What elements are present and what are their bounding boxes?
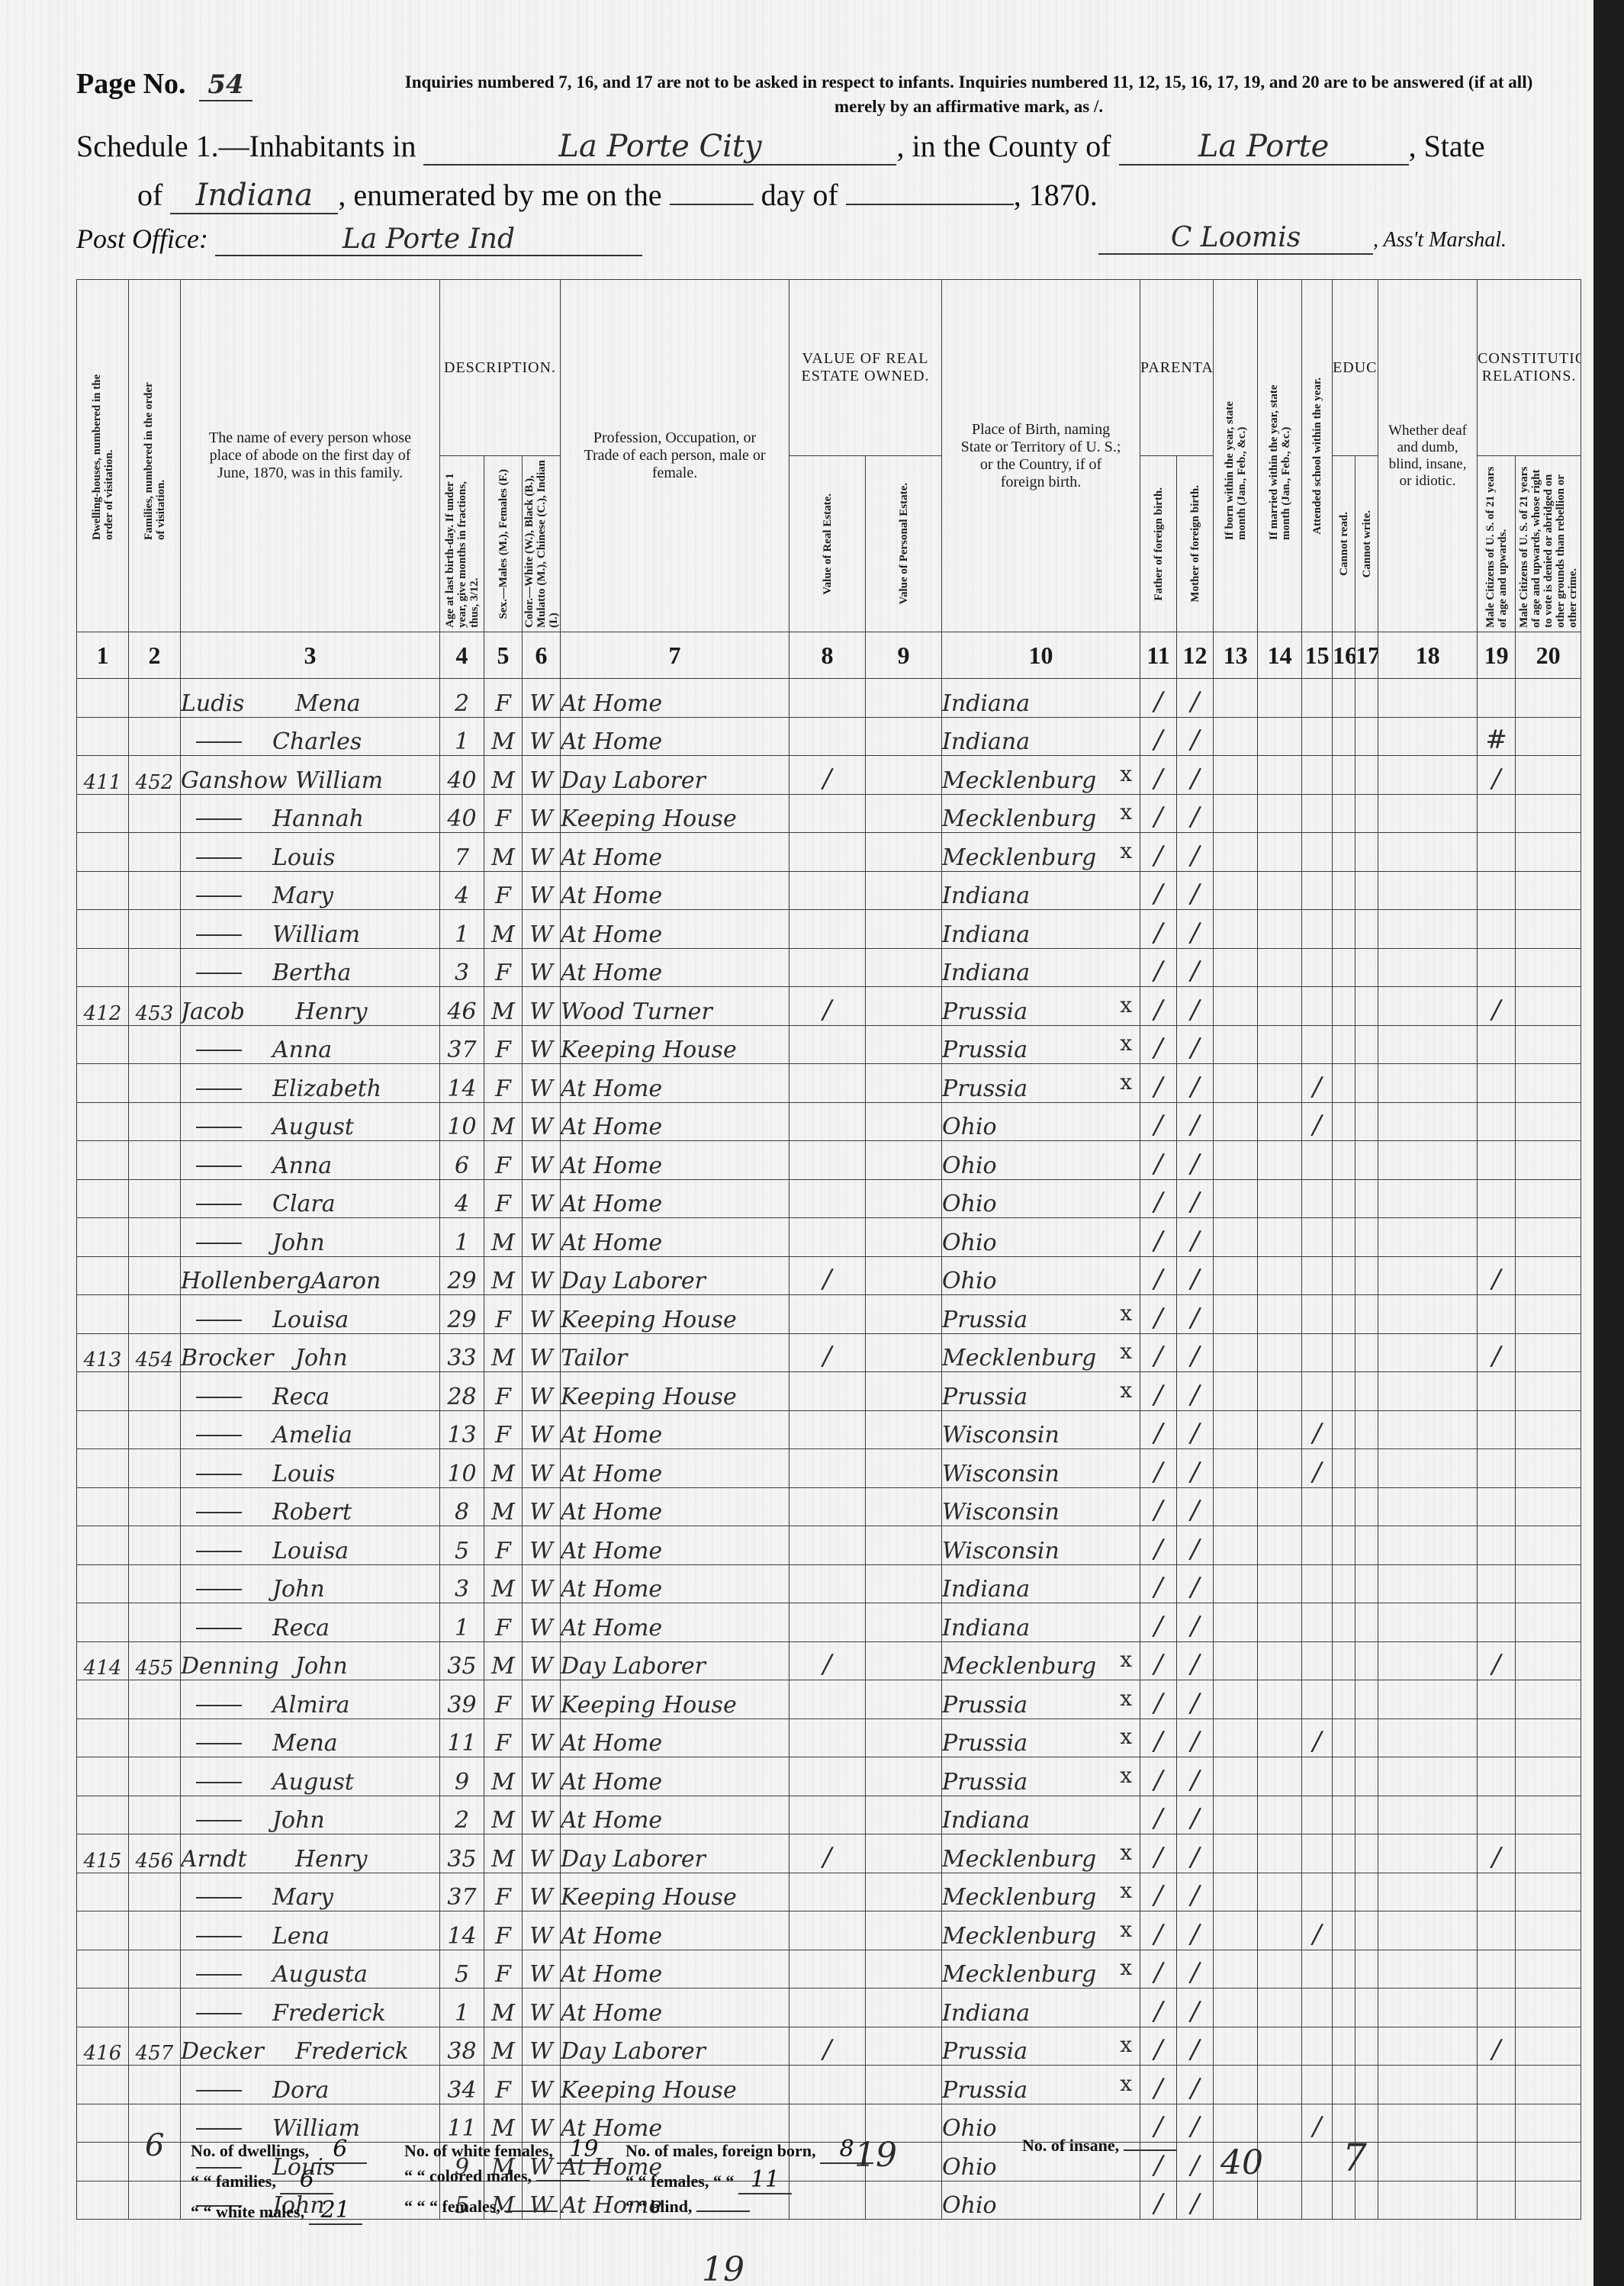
birthplace: Prussiax [942,2066,1140,2104]
dwelling-number [77,1950,129,1989]
personal-estate-value [866,1449,942,1488]
surname [196,1628,242,1629]
personal-estate-value [866,1102,942,1141]
father-foreign-mark: / [1140,1141,1177,1180]
given-name: Elizabeth [272,1075,381,1102]
occupation: Keeping House [561,2066,789,2104]
birthplace-text: Mecklenburg [942,1345,1096,1371]
surname: Decker [181,2038,295,2065]
marshal-label: , Ass't Marshal. [1373,228,1507,252]
vote-denied: 4 [1516,794,1581,833]
disability [1378,1141,1478,1180]
father-foreign-mark: / [1140,948,1177,987]
dwelling-number [77,679,129,718]
foreign-birth-mark: x [1120,1647,1132,1672]
born-month [1214,987,1258,1026]
mother-foreign-mark: / [1177,1295,1214,1334]
disability [1378,756,1478,795]
dwelling-number [77,1719,129,1757]
given-name: John [295,1345,348,1371]
dwelling-number [77,1218,129,1257]
birthplace-text: Indiana [942,728,1030,755]
sex: M [484,1487,523,1526]
school-mark [1302,1603,1333,1642]
born-month [1214,794,1258,833]
cannot-read [1333,2027,1355,2066]
table-row: Hannah40FWKeeping HouseMecklenburgx//4 [77,794,1581,833]
person-name: Hannah [181,794,440,833]
disability [1378,794,1478,833]
foreign-birth-mark: x [1120,1069,1132,1095]
dwelling-number [77,910,129,949]
col-number: 13 [1214,632,1258,679]
occupation: Keeping House [561,1025,789,1064]
disability [1378,1989,1478,2027]
cannot-read [1333,1487,1355,1526]
cannot-write [1355,2027,1378,2066]
table-row: John2MWAt HomeIndiana//30 [77,1796,1581,1834]
school-mark [1302,679,1333,718]
dwelling-number [77,1911,129,1950]
county-field: La Porte [1119,129,1409,166]
sex: M [484,1256,523,1295]
family-number [129,1757,181,1796]
sex: F [484,1911,523,1950]
personal-estate-value [866,1372,942,1411]
disability [1378,2066,1478,2104]
foreign-birth-mark: x [1120,1339,1132,1364]
mother-foreign-mark: / [1177,1256,1214,1295]
col-age-header: Age at last birth-day. If under 1 year, … [440,456,484,632]
personal-estate-value [866,1218,942,1257]
mother-foreign-mark: / [1177,833,1214,872]
surname [196,1743,242,1744]
given-name: Anna [272,1037,332,1063]
born-month [1214,1179,1258,1218]
mother-foreign-mark: / [1177,1372,1214,1411]
cannot-write [1355,2066,1378,2104]
white-males-summary: “ “ white males, 21 [191,2197,362,2225]
personal-estate-value [866,1757,942,1796]
cannot-read [1333,1796,1355,1834]
given-name: William [295,767,383,794]
dwelling-number: 413 [77,1333,129,1372]
personal-estate-value [866,1564,942,1603]
occupation: Day Laborer [561,1834,789,1873]
foreign-birth-mark: x [1120,761,1132,786]
birthplace-text: Mecklenburg [942,844,1096,871]
mother-foreign-mark: / [1177,1796,1214,1834]
married-month [1258,833,1302,872]
col-number: 1 [77,632,129,679]
sex: M [484,756,523,795]
scan-edge [1593,0,1624,2286]
age: 46 [440,987,484,1026]
surname [196,973,242,974]
education-group-header: EDUCATION. [1333,280,1378,456]
birthplace: Mecklenburgx [942,1641,1140,1680]
birthplace: Wisconsin [942,1526,1140,1565]
personal-estate-value [866,1333,942,1372]
cannot-read [1333,871,1355,910]
dwelling-number: 416 [77,2027,129,2066]
tally-mark: 40 [1220,2143,1263,2182]
birthplace: Prussiax [942,1295,1140,1334]
person-name: Louisa [181,1295,440,1334]
sex: M [484,1449,523,1488]
vote-denied: 22 [1516,1487,1581,1526]
color: W [523,948,561,987]
cannot-read [1333,1911,1355,1950]
birthplace-text: Wisconsin [942,1538,1060,1564]
table-row: 413454BrockerJohn33MWTailor/Mecklenburgx… [77,1333,1581,1372]
born-month [1214,1487,1258,1526]
family-number: 455 [129,1641,181,1680]
school-mark [1302,1680,1333,1719]
family-number [129,1526,181,1565]
table-row: Louisa29FWKeeping HousePrussiax//17 [77,1295,1581,1334]
father-foreign-mark: / [1140,1950,1177,1989]
personal-estate-value [866,2027,942,2066]
census-page: Page No. 54 Inquiries numbered 7, 16, an… [0,0,1624,2286]
table-row: Reca1FWAt HomeIndiana//25 [77,1603,1581,1642]
family-number: 456 [129,1834,181,1873]
table-row: Augusta5FWAt HomeMecklenburgx//34 [77,1950,1581,1989]
vote-denied: 9 [1516,987,1581,1026]
surname [196,1204,242,1205]
personal-estate-value [866,1487,942,1526]
birthplace: Mecklenburgx [942,833,1140,872]
vote-denied: 16 [1516,1256,1581,1295]
surname [196,1088,242,1090]
vote-denied: 35 [1516,1989,1581,2027]
sex: F [484,948,523,987]
col-family-header: Families, numbered in the order of visit… [129,280,181,632]
vote-denied: 12 [1516,1102,1581,1141]
age: 2 [440,1796,484,1834]
enumerated-label: , enumerated by me on the [338,178,661,212]
personal-estate-value [866,1295,942,1334]
person-name: John [181,1796,440,1834]
given-name: August [272,1769,354,1796]
dwelling-number [77,1873,129,1911]
real-estate-value [789,679,866,718]
family-number: 457 [129,2027,181,2066]
citizen-mark [1478,1218,1516,1257]
age: 3 [440,1564,484,1603]
school-mark [1302,1256,1333,1295]
col-number: 8 [789,632,866,679]
color: W [523,794,561,833]
real-estate-value [789,1526,866,1565]
school-mark [1302,1179,1333,1218]
birthplace-text: Prussia [942,1307,1027,1333]
born-month [1214,1218,1258,1257]
county-label: , in the County of [896,129,1111,163]
married-month [1258,1757,1302,1796]
cannot-write [1355,1526,1378,1565]
dwelling-number [77,717,129,756]
birthplace-text: Wisconsin [942,1461,1060,1487]
real-estate-value [789,1564,866,1603]
personal-estate-value [866,717,942,756]
given-name: Robert [272,1499,352,1526]
given-name: Henry [295,998,368,1025]
disability [1378,1372,1478,1411]
birthplace-text: Prussia [942,1037,1027,1063]
col-school-header: Attended school within the year. [1302,280,1333,632]
married-month [1258,1564,1302,1603]
age: 9 [440,1757,484,1796]
foreign-birth-mark: x [1120,1724,1132,1749]
born-month [1214,1372,1258,1411]
sex: M [484,717,523,756]
constitutional-group-header: CONSTITUTIONAL RELATIONS. [1478,280,1581,456]
occupation: At Home [561,679,789,718]
real-estate-value [789,910,866,949]
age: 6 [440,1141,484,1180]
foreign-birth-mark: x [1120,1030,1132,1056]
cannot-write [1355,1834,1378,1873]
real-estate-group-header: VALUE OF REAL ESTATE OWNED. [789,280,942,456]
occupation: Keeping House [561,1372,789,1411]
foreign-birth-mark: x [1120,2032,1132,2057]
cannot-read [1333,1757,1355,1796]
color: W [523,1911,561,1950]
occupation: At Home [561,1757,789,1796]
surname [196,1166,242,1167]
cannot-write [1355,1141,1378,1180]
disability [1378,1487,1478,1526]
age: 3 [440,948,484,987]
personal-estate-value [866,1719,942,1757]
cannot-read [1333,1179,1355,1218]
table-row: John1MWAt HomeOhio//15 [77,1218,1581,1257]
given-name: John [272,1230,325,1256]
citizen-mark [1478,1141,1516,1180]
sex: M [484,1757,523,1796]
mother-foreign-mark: / [1177,1950,1214,1989]
cannot-write [1355,1564,1378,1603]
cannot-read [1333,1873,1355,1911]
occupation: At Home [561,1564,789,1603]
birthplace-text: Prussia [942,998,1027,1025]
cannot-write [1355,1911,1378,1950]
occupation: At Home [561,1218,789,1257]
cannot-read [1333,679,1355,718]
dwelling-number [77,1487,129,1526]
surname [196,1243,242,1244]
color: W [523,1834,561,1873]
disability [1378,1333,1478,1372]
given-name: Anna [272,1153,332,1179]
census-table: Dwelling-houses, numbered in the order o… [76,279,1581,2220]
table-row: Louis7MWAt HomeMecklenburgx//5 [77,833,1581,872]
post-office-field: La Porte Ind [215,223,642,256]
cannot-read [1333,1295,1355,1334]
married-month [1258,1487,1302,1526]
given-name: Amelia [272,1422,352,1448]
person-name: ArndtHenry [181,1834,440,1873]
cannot-write [1355,1256,1378,1295]
vote-denied: 3 [1516,756,1581,795]
father-foreign-mark: / [1140,1449,1177,1488]
born-month [1214,1025,1258,1064]
state-line: of Indiana, enumerated by me on the day … [137,177,1098,214]
mother-foreign-mark: / [1177,1680,1214,1719]
vote-denied: 10 [1516,1025,1581,1064]
mother-foreign-mark: / [1177,1911,1214,1950]
mother-foreign-mark: / [1177,2027,1214,2066]
surname [196,1974,242,1976]
real-estate-value [789,1719,866,1757]
occupation: Tailor [561,1333,789,1372]
married-month [1258,2027,1302,2066]
cannot-write [1355,1641,1378,1680]
table-row: 414455DenningJohn35MWDay Laborer/Mecklen… [77,1641,1581,1680]
father-foreign-mark: / [1140,1025,1177,1064]
age: 38 [440,2027,484,2066]
color: W [523,1873,561,1911]
table-row: HollenbergAaron29MWDay Laborer/Ohio///16 [77,1256,1581,1295]
family-number: 452 [129,756,181,795]
person-name: Clara [181,1179,440,1218]
table-row: Dora34FWKeeping HousePrussiax//37 [77,2066,1581,2104]
foreign-females-count: 11 [738,2166,792,2194]
real-estate-value [789,1757,866,1796]
dwelling-number: 414 [77,1641,129,1680]
description-group-header: DESCRIPTION. [440,280,561,456]
father-foreign-mark: / [1140,1526,1177,1565]
mother-foreign-mark: / [1177,1719,1214,1757]
real-estate-value: / [789,1256,866,1295]
color: W [523,1141,561,1180]
birthplace: Wisconsin [942,1449,1140,1488]
personal-estate-value [866,1179,942,1218]
occupation: At Home [561,1064,789,1103]
married-month [1258,1989,1302,2027]
sex: F [484,1719,523,1757]
father-foreign-mark: / [1140,1064,1177,1103]
col-mother-foreign-header: Mother of foreign birth. [1177,456,1214,632]
dwelling-number [77,1295,129,1334]
born-month [1214,833,1258,872]
cannot-read [1333,1102,1355,1141]
table-row: 415456ArndtHenry35MWDay Laborer/Mecklenb… [77,1834,1581,1873]
born-month [1214,1449,1258,1488]
mother-foreign-mark: / [1177,1218,1214,1257]
person-name: Louis [181,833,440,872]
given-name: Aaron [311,1268,381,1294]
col-number: 10 [942,632,1140,679]
surname [196,2013,242,2014]
cannot-read [1333,910,1355,949]
table-row: LudisMena2FWAt HomeIndiana//1 [77,679,1581,718]
dwelling-number [77,948,129,987]
birthplace: Mecklenburgx [942,756,1140,795]
mother-foreign-mark: / [1177,1564,1214,1603]
citizen-mark: / [1478,756,1516,795]
school-mark [1302,1372,1333,1411]
married-month [1258,1719,1302,1757]
person-name: DeckerFrederick [181,2027,440,2066]
birthplace: Ohio [942,1218,1140,1257]
cannot-write [1355,1064,1378,1103]
year-label: , 1870. [1014,178,1098,212]
surname [196,1936,242,1937]
mother-foreign-mark: / [1177,1449,1214,1488]
family-number: 454 [129,1333,181,1372]
married-month [1258,1256,1302,1295]
school-mark [1302,717,1333,756]
married-month [1258,1641,1302,1680]
vote-denied: 33 [1516,1911,1581,1950]
personal-estate-value [866,794,942,833]
citizen-mark: / [1478,1641,1516,1680]
occupation: Wood Turner [561,987,789,1026]
dwelling-number [77,1989,129,2027]
person-name: LudisMena [181,679,440,718]
table-row: 411452GanshowWilliam40MWDay Laborer/Meck… [77,756,1581,795]
table-row: Mary4FWAt HomeIndiana//6 [77,871,1581,910]
birthplace-text: Indiana [942,1576,1030,1603]
birthplace: Indiana [942,1989,1140,2027]
sex: M [484,1218,523,1257]
age: 29 [440,1295,484,1334]
personal-estate-value [866,871,942,910]
inquiry-note: Inquiries numbered 7, 16, and 17 are not… [397,70,1541,119]
occupation: At Home [561,1487,789,1526]
occupation: Day Laborer [561,1256,789,1295]
sex: M [484,1796,523,1834]
given-name: Clara [272,1191,336,1217]
age: 40 [440,794,484,833]
father-foreign-mark: / [1140,1218,1177,1257]
of-label: of [137,178,162,212]
surname [196,1512,242,1513]
sex: F [484,1064,523,1103]
cannot-read [1333,1719,1355,1757]
color: W [523,1179,561,1218]
given-name: Frederick [295,2038,409,2065]
personal-estate-value [866,1911,942,1950]
cannot-write [1355,717,1378,756]
vote-denied: 20 [1516,1410,1581,1449]
born-month [1214,1834,1258,1873]
occupation: At Home [561,1603,789,1642]
real-estate-value [789,948,866,987]
cannot-read [1333,717,1355,756]
birthplace-text: Mecklenburg [942,1653,1096,1680]
married-month [1258,1950,1302,1989]
person-name: Robert [181,1487,440,1526]
school-mark [1302,1218,1333,1257]
surname: Hollenberg [181,1268,311,1294]
personal-estate-value [866,1064,942,1103]
real-estate-value: / [789,1834,866,1873]
table-row: August10MWAt HomeOhio///12 [77,1102,1581,1141]
color: W [523,1796,561,1834]
school-mark [1302,1333,1333,1372]
col-citizen-header: Male Citizens of U. S. of 21 years of ag… [1478,456,1516,632]
color: W [523,987,561,1026]
census-body: LudisMena2FWAt HomeIndiana//1Charles1MWA… [77,679,1581,2220]
disability [1378,1680,1478,1719]
married-month [1258,1218,1302,1257]
sex: F [484,679,523,718]
occupation: Keeping House [561,1680,789,1719]
mother-foreign-mark: / [1177,2066,1214,2104]
